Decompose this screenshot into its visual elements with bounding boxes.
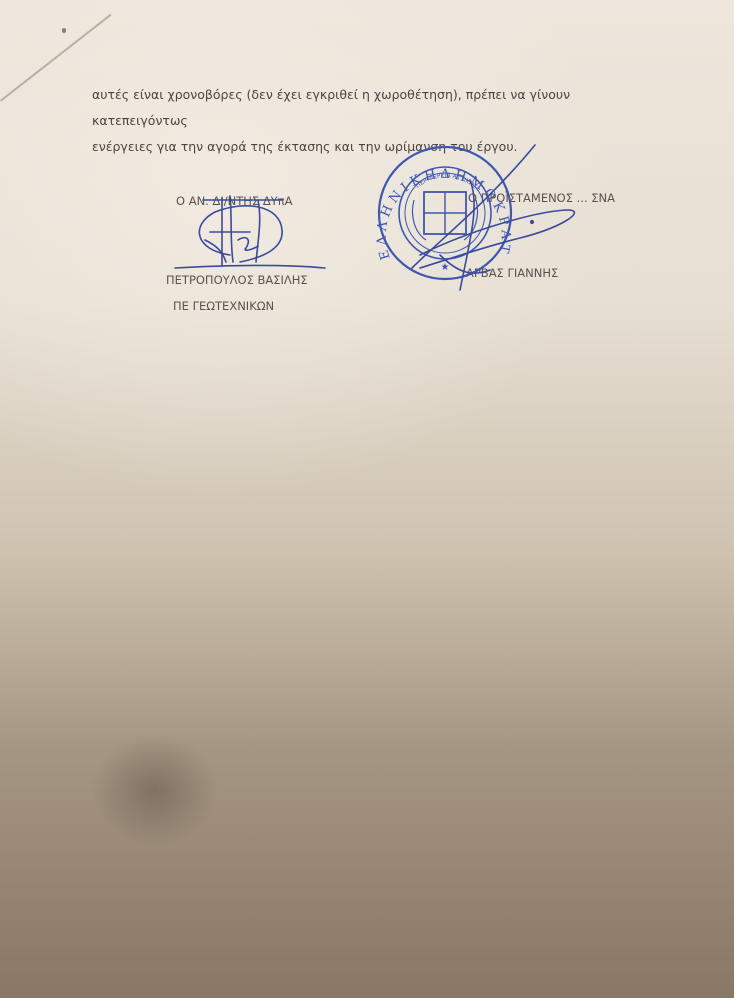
official-stamp-icon: ★ Ε Λ Λ Η Ν Ι Κ Η Δ Η Μ Ο Κ Ρ Α Τ Ι Α ΠΕ… — [0, 0, 513, 279]
svg-text:Ε Λ Λ Η Ν Ι Κ Η Δ Η Μ Ο Κ Ρ: Ε Λ Λ Η Ν Ι Κ Η Δ Η Μ Ο Κ Ρ Α Τ Ι Α — [0, 0, 513, 261]
ink-layer: ★ Ε Λ Λ Η Ν Ι Κ Η Δ Η Μ Ο Κ Ρ Α Τ Ι Α ΠΕ… — [0, 0, 734, 998]
handwritten-signature-left-icon — [175, 196, 325, 268]
svg-text:★: ★ — [441, 262, 450, 273]
